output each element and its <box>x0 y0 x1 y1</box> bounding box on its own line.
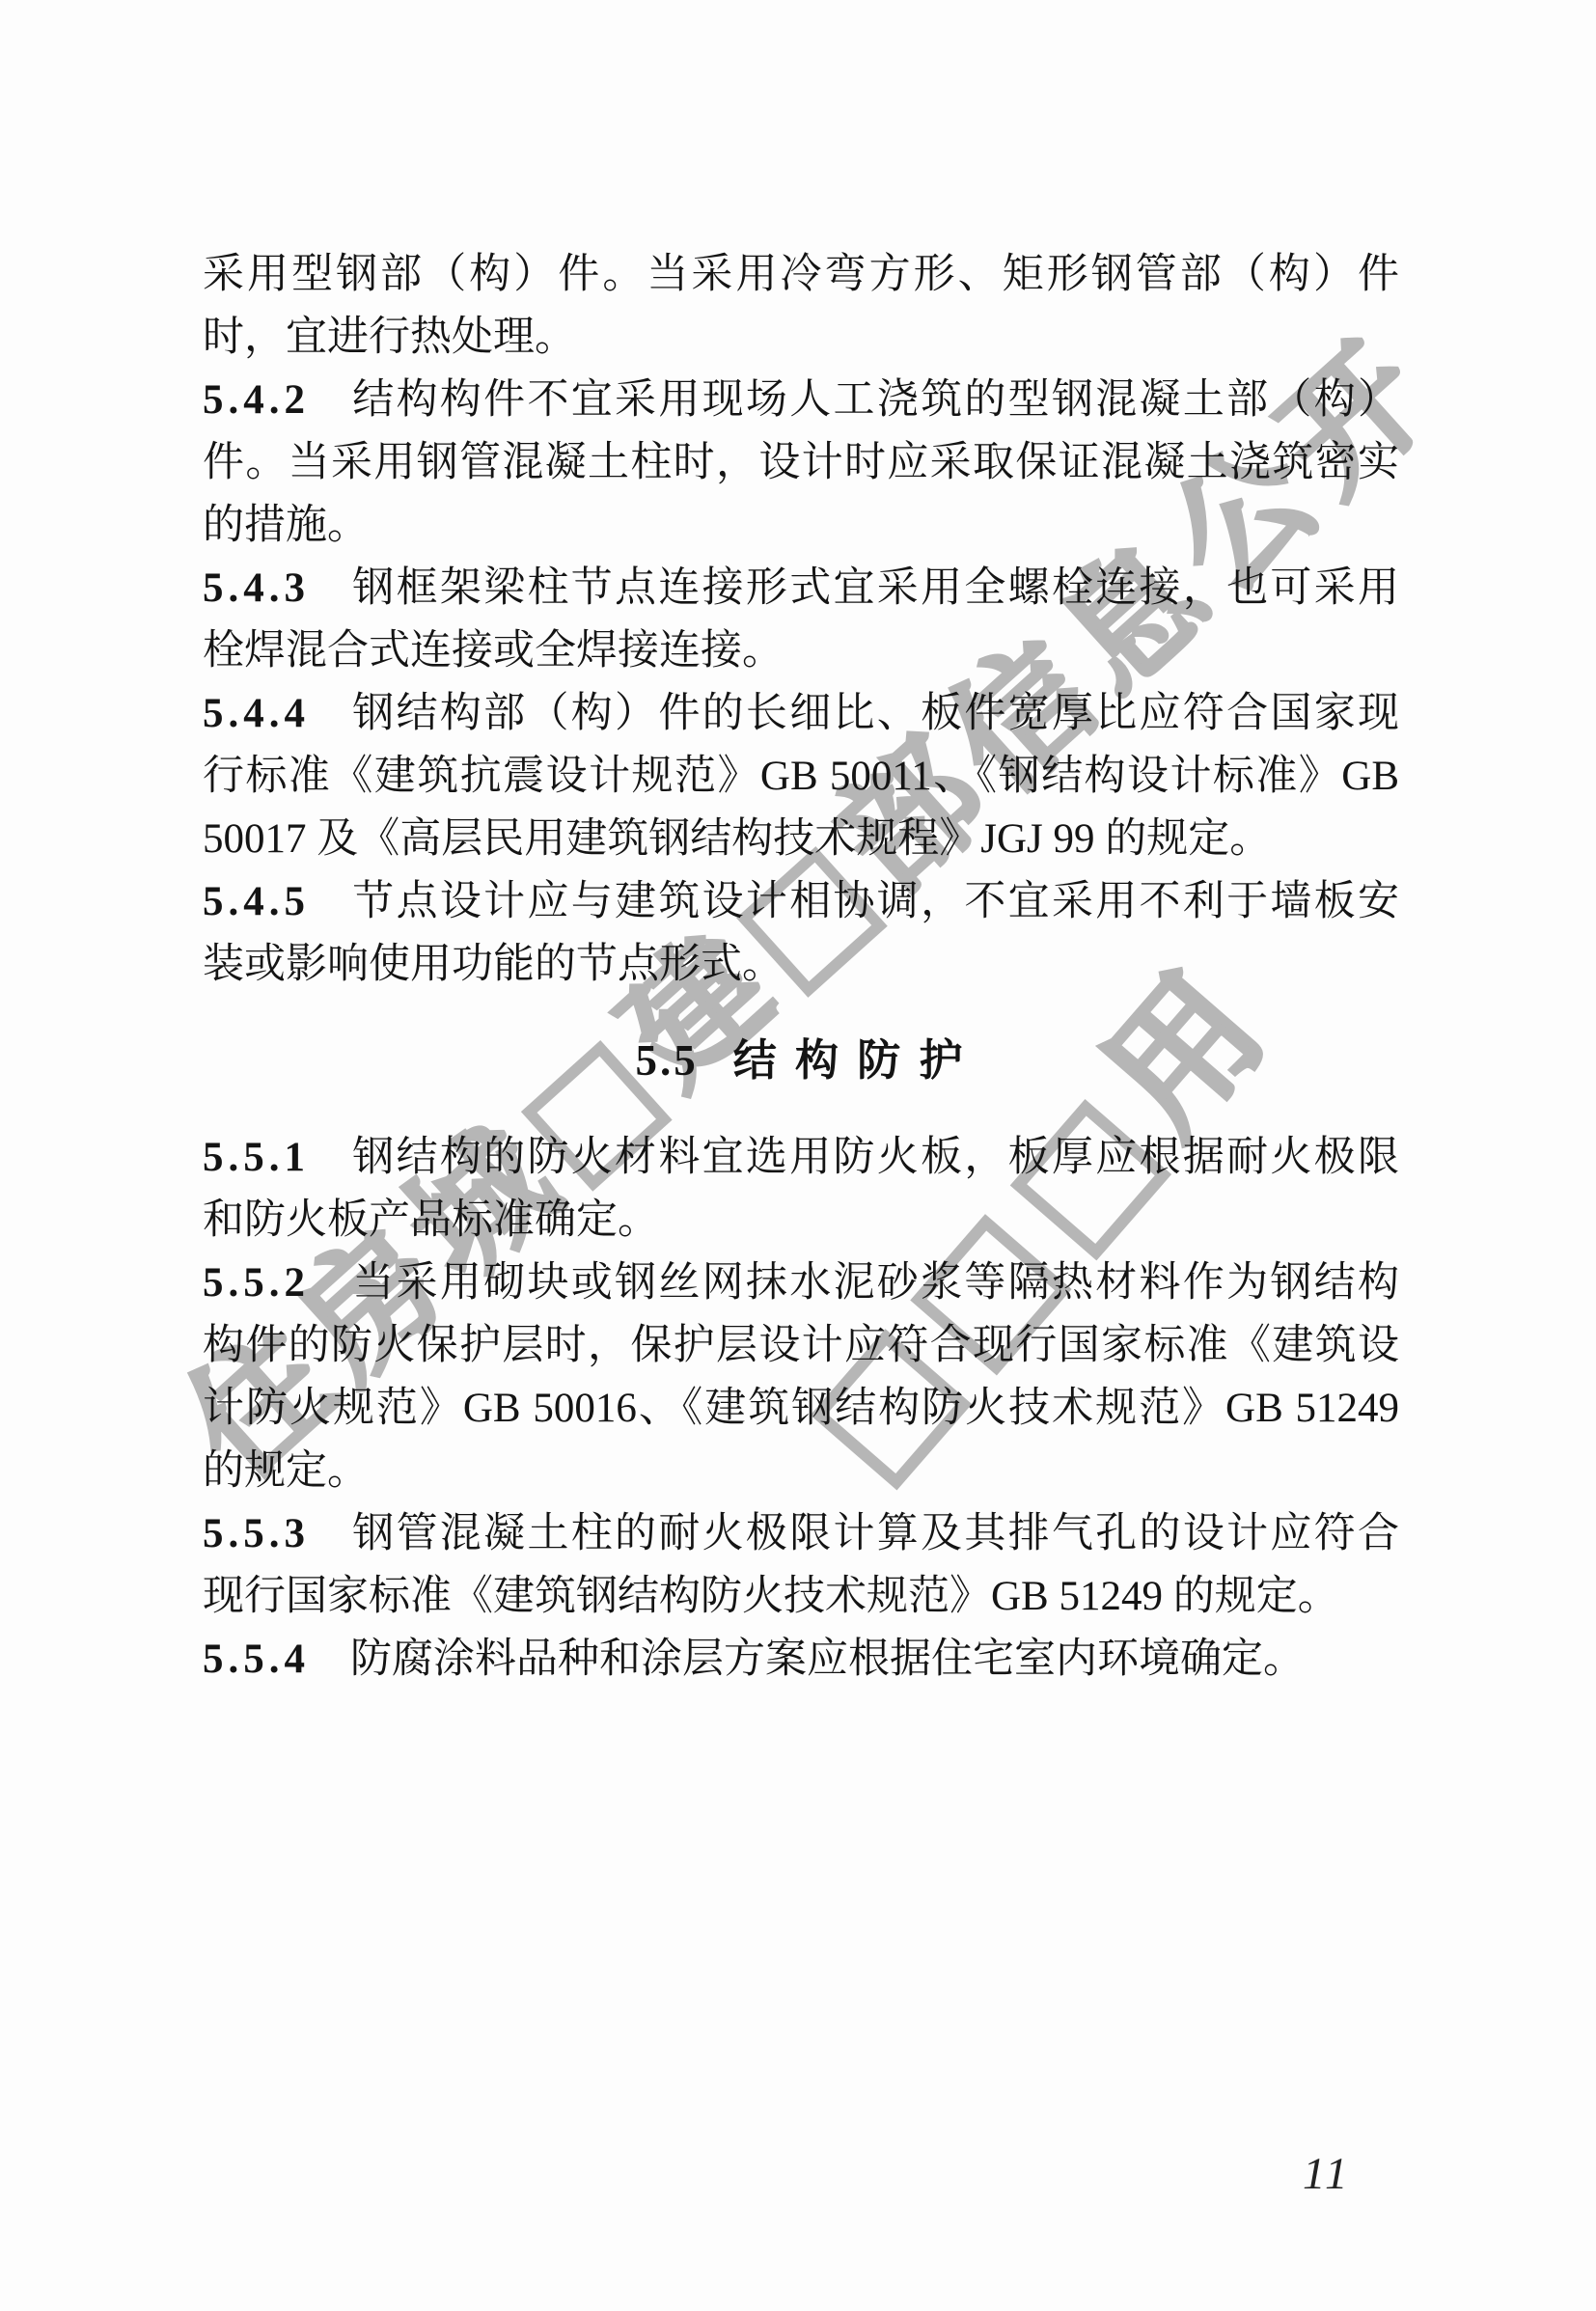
body-line: 采用型钢部（构）件。当采用冷弯方形、矩形钢管部（构）件 <box>203 243 1399 306</box>
line-text: 构件的防火保护层时，保护层设计应符合现行国家标准《建筑设 <box>203 1323 1399 1368</box>
line-text: 当采用砌块或钢丝网抹水泥砂浆等隔热材料作为钢结构 <box>350 1260 1399 1306</box>
line-text: 装或影响使用功能的节点形式。 <box>203 942 784 987</box>
line-text: 的规定。 <box>203 1448 369 1494</box>
body-line: 50017 及《高层民用建筑钢结构技术规程》JGJ 99 的规定。 <box>203 808 1399 870</box>
line-text: 的措施。 <box>203 503 369 548</box>
clause-number: 5.4.3 <box>203 565 310 611</box>
line-text: 钢结构部（构）件的长细比、板件宽厚比应符合国家现 <box>350 691 1399 736</box>
clause-number: 5.5.3 <box>203 1511 310 1556</box>
body-line: 计防火规范》GB 50016、《建筑钢结构防火技术规范》GB 51249 <box>203 1377 1399 1440</box>
line-text: 行标准《建筑抗震设计规范》GB 50011、《钢结构设计标准》GB <box>203 754 1399 799</box>
clause-number: 5.4.2 <box>203 377 310 423</box>
body-line: 5.5.3钢管混凝土柱的耐火极限计算及其排气孔的设计应符合 <box>203 1502 1399 1565</box>
line-text: 节点设计应与建筑设计相协调，不宜采用不利于墙板安 <box>350 879 1399 924</box>
body-line: 的措施。 <box>203 494 1399 557</box>
clause-number: 5.5.1 <box>203 1135 310 1180</box>
body-line: 件。当采用钢管混凝土柱时，设计时应采取保证混凝土浇筑密实 <box>203 431 1399 494</box>
section-heading-title: 结 构 防 护 <box>733 1036 967 1085</box>
document-page: 住房城□建□部信息公开 □□□用 采用型钢部（构）件。当采用冷弯方形、矩形钢管部… <box>0 0 1596 2311</box>
text-block: 采用型钢部（构）件。当采用冷弯方形、矩形钢管部（构）件 时，宜进行热处理。 5.… <box>203 243 1399 1691</box>
line-text: 结构构件不宜采用现场人工浇筑的型钢混凝土部（构） <box>350 377 1399 423</box>
line-text: 现行国家标准《建筑钢结构防火技术规范》GB 51249 的规定。 <box>203 1574 1339 1619</box>
line-text: 钢管混凝土柱的耐火极限计算及其排气孔的设计应符合 <box>350 1511 1399 1556</box>
body-line: 5.4.3钢框架梁柱节点连接形式宜采用全螺栓连接，也可采用 <box>203 557 1399 619</box>
body-line: 5.5.1钢结构的防火材料宜选用防火板，板厚应根据耐火极限 <box>203 1126 1399 1189</box>
page-number: 11 <box>1303 2148 1351 2200</box>
body-line: 5.5.4防腐涂料品种和涂层方案应根据住宅室内环境确定。 <box>203 1628 1399 1691</box>
line-text: 栓焊混合式连接或全焊接连接。 <box>203 628 784 674</box>
clause-number: 5.5.4 <box>203 1637 310 1682</box>
body-line: 的规定。 <box>203 1440 1399 1502</box>
body-line: 和防火板产品标准确定。 <box>203 1189 1399 1252</box>
body-line: 5.4.5节点设计应与建筑设计相协调，不宜采用不利于墙板安 <box>203 870 1399 933</box>
body-line: 现行国家标准《建筑钢结构防火技术规范》GB 51249 的规定。 <box>203 1565 1399 1628</box>
body-line: 栓焊混合式连接或全焊接连接。 <box>203 619 1399 682</box>
body-line: 行标准《建筑抗震设计规范》GB 50011、《钢结构设计标准》GB <box>203 745 1399 808</box>
line-text: 时，宜进行热处理。 <box>203 315 576 360</box>
clause-number: 5.5.2 <box>203 1260 310 1306</box>
body-line: 5.4.4钢结构部（构）件的长细比、板件宽厚比应符合国家现 <box>203 682 1399 745</box>
line-text: 钢结构的防火材料宜选用防火板，板厚应根据耐火极限 <box>350 1135 1399 1180</box>
line-text: 计防火规范》GB 50016、《建筑钢结构防火技术规范》GB 51249 <box>203 1386 1399 1431</box>
body-line: 构件的防火保护层时，保护层设计应符合现行国家标准《建筑设 <box>203 1314 1399 1377</box>
body-line: 时，宜进行热处理。 <box>203 306 1399 369</box>
section-heading: 5.5结 构 防 护 <box>203 1030 1399 1092</box>
body-line: 5.5.2当采用砌块或钢丝网抹水泥砂浆等隔热材料作为钢结构 <box>203 1252 1399 1314</box>
body-line: 装或影响使用功能的节点形式。 <box>203 933 1399 996</box>
line-text: 50017 及《高层民用建筑钢结构技术规程》JGJ 99 的规定。 <box>203 816 1271 862</box>
clause-number: 5.4.5 <box>203 879 310 924</box>
section-heading-number: 5.5 <box>635 1036 698 1085</box>
line-text: 采用型钢部（构）件。当采用冷弯方形、矩形钢管部（构）件 <box>203 252 1399 297</box>
line-text: 钢框架梁柱节点连接形式宜采用全螺栓连接，也可采用 <box>350 565 1399 611</box>
line-text: 和防火板产品标准确定。 <box>203 1197 659 1243</box>
line-text: 件。当采用钢管混凝土柱时，设计时应采取保证混凝土浇筑密实 <box>203 440 1399 485</box>
line-text: 防腐涂料品种和涂层方案应根据住宅室内环境确定。 <box>350 1637 1305 1682</box>
body-line: 5.4.2结构构件不宜采用现场人工浇筑的型钢混凝土部（构） <box>203 369 1399 431</box>
clause-number: 5.4.4 <box>203 691 310 736</box>
